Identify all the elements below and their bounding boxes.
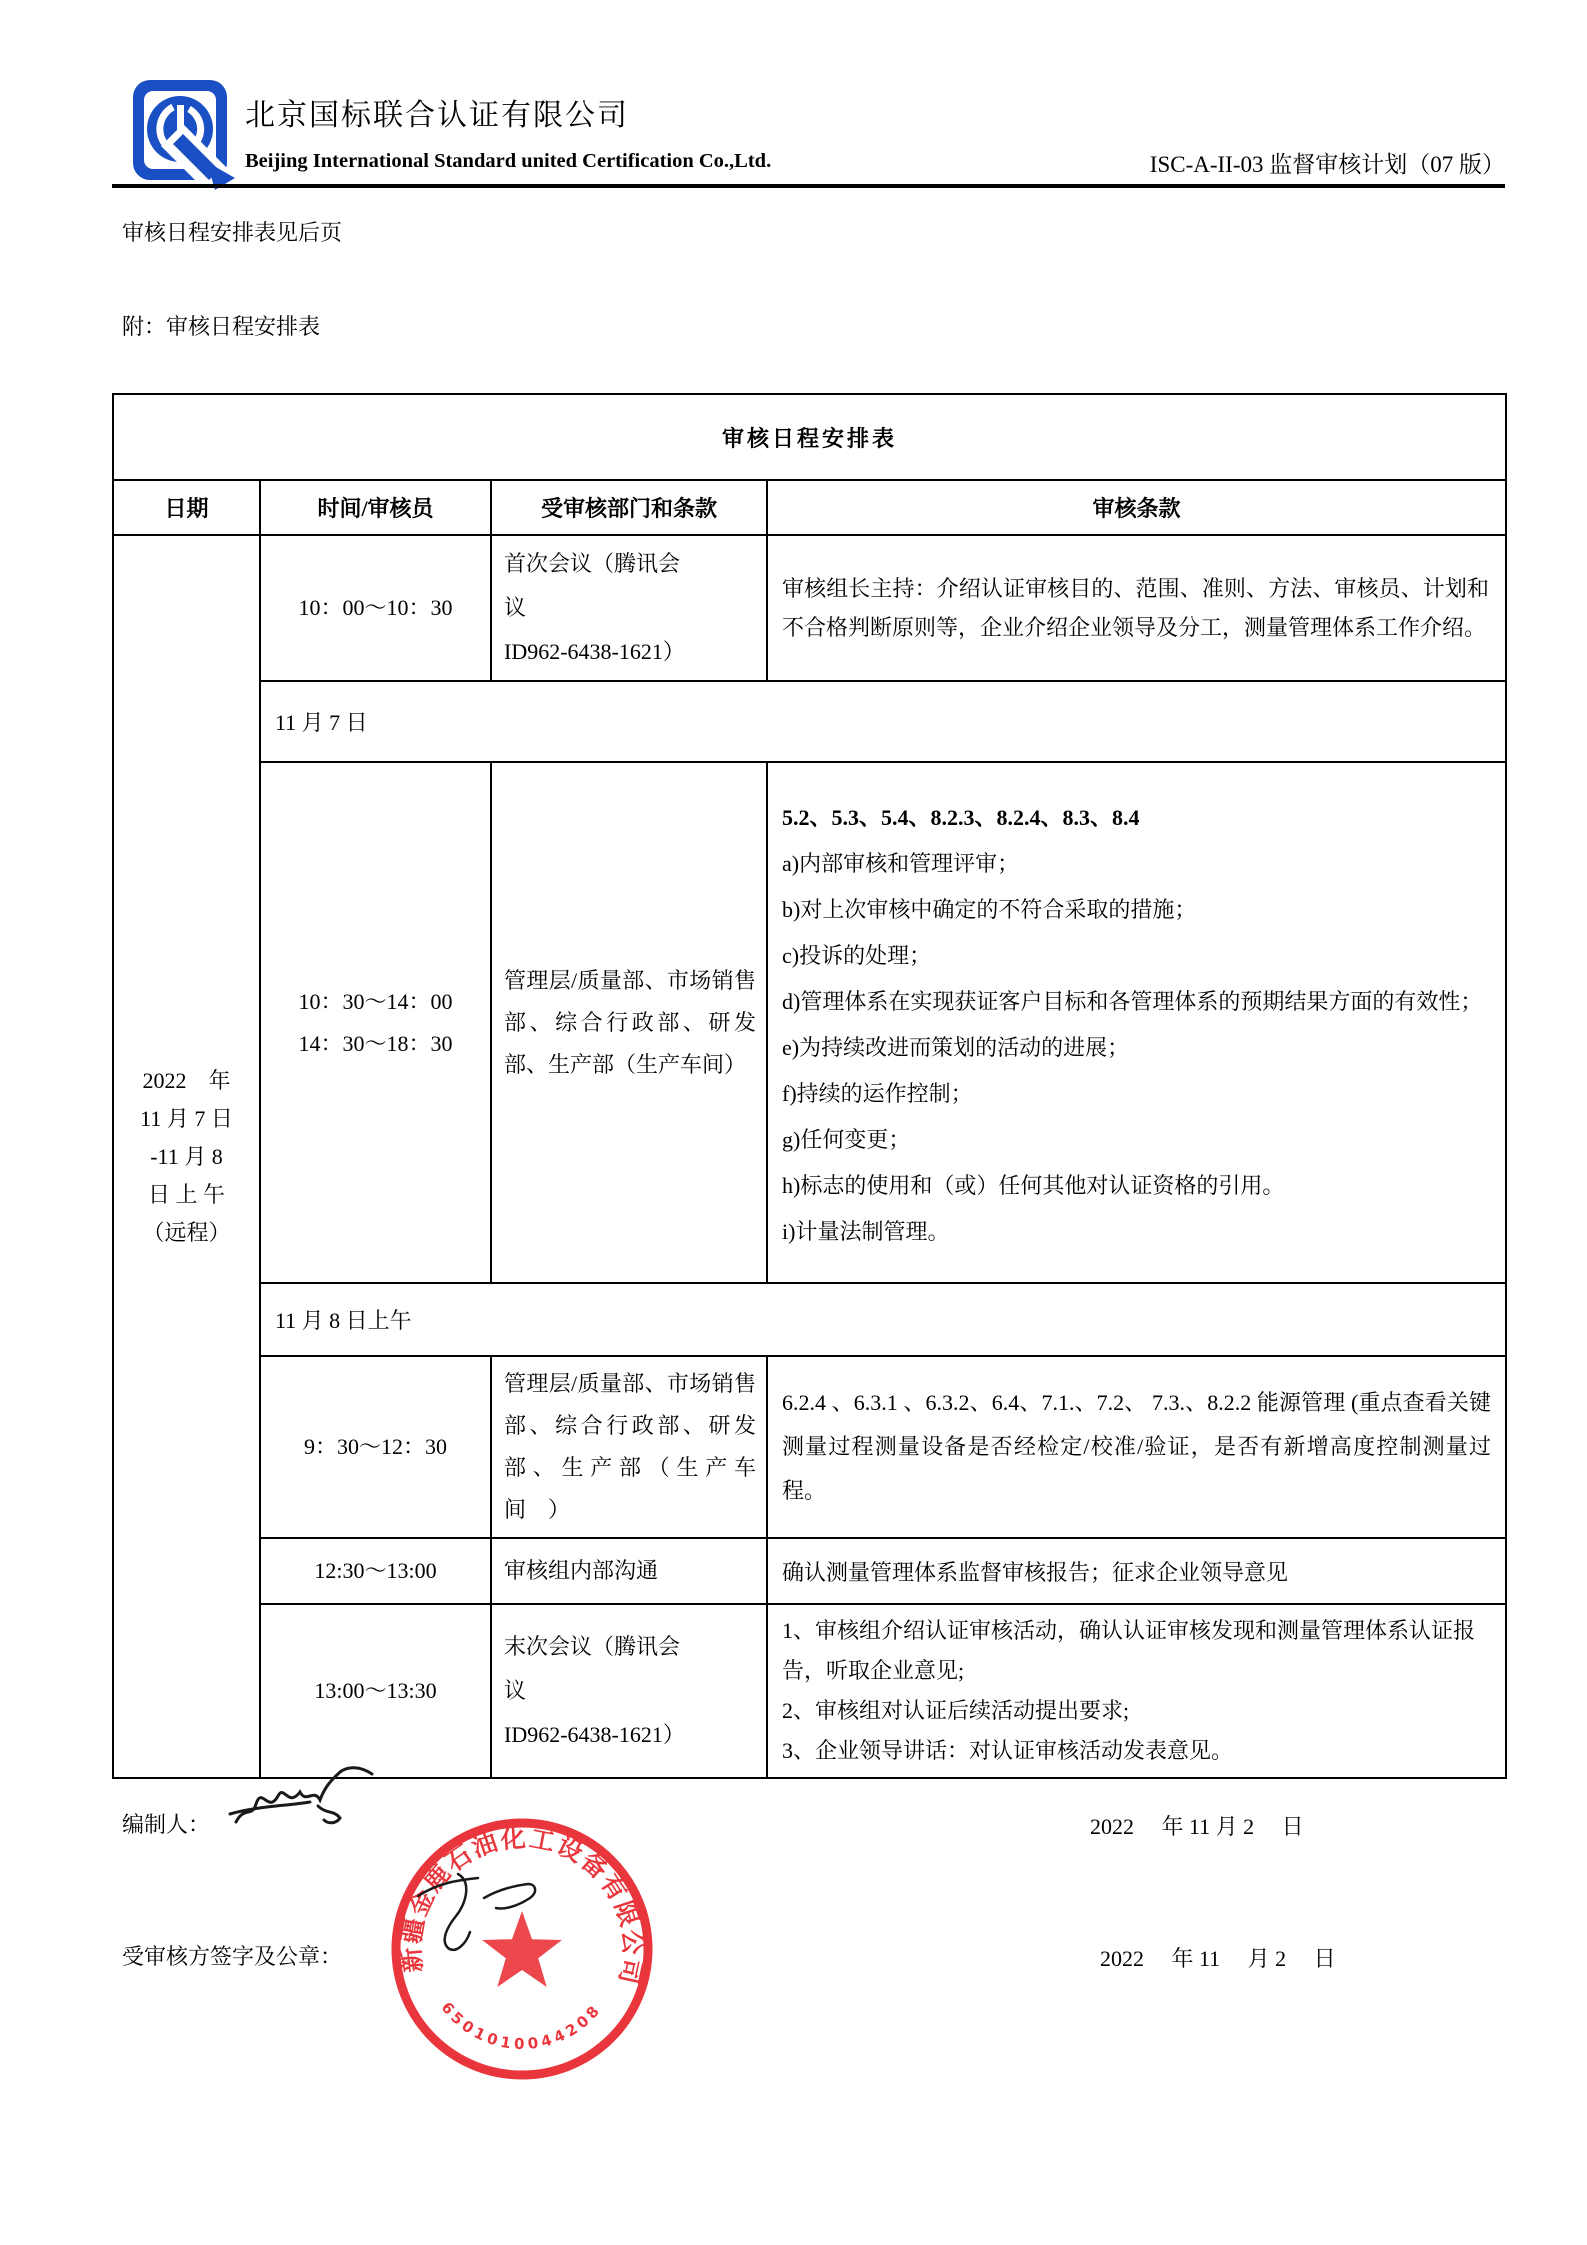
company-logo-icon [131, 78, 251, 196]
doc-code: ISC-A-II-03 监督审核计划（07 版） [1150, 146, 1505, 179]
document-page: 北京国标联合认证有限公司 Beijing International Stand… [0, 0, 1587, 2245]
svg-text:6501010044208: 6501010044208 [438, 1999, 606, 2054]
time-cell: 10：30～14：00 14：30～18：30 [260, 762, 491, 1283]
table-row: 12:30～13:00 审核组内部沟通 确认测量管理体系监督审核报告；征求企业领… [113, 1538, 1506, 1604]
col-header-date: 日期 [113, 480, 260, 535]
dept-cell: 审核组内部沟通 [491, 1538, 767, 1604]
time-cell: 10：00～10：30 [260, 535, 491, 681]
stamp-number-text: 6501010044208 [438, 1999, 606, 2054]
clause-cell: 5.2、5.3、5.4、8.2.3、8.2.4、8.3、8.4 a)内部审核和管… [767, 762, 1506, 1283]
table-title: 审核日程安排表 [113, 394, 1506, 480]
clause-cell: 审核组长主持：介绍认证审核目的、范围、准则、方法、审核员、计划和不合格判断原则等… [767, 535, 1506, 681]
note-line: 审核日程安排表见后页 [122, 216, 342, 247]
dept-cell: 末次会议（腾讯会 议 ID962-6438-1621） [491, 1604, 767, 1778]
clause-head: 5.2、5.3、5.4、8.2.3、8.2.4、8.3、8.4 [782, 795, 1483, 841]
signed-date: 2022 年 11 月 2 日 [1100, 1942, 1440, 1973]
table-row: 2022 年 11 月 7 日 -11 月 8 日 上 午 （远程） 10：00… [113, 535, 1506, 681]
time-cell: 12:30～13:00 [260, 1538, 491, 1604]
table-row: 11 月 7 日 [113, 681, 1506, 762]
time-cell: 9：30～12：30 [260, 1356, 491, 1538]
prepared-by-label: 编制人： [122, 1808, 210, 1839]
col-header-dept: 受审核部门和条款 [491, 480, 767, 535]
table-row: 9：30～12：30 管理层/质量部、市场销售部、综合行政部、研发部、生产部（生… [113, 1356, 1506, 1538]
dept-cell: 管理层/质量部、市场销售部、综合行政部、研发部、生产部（生产车间） [491, 762, 767, 1283]
company-name-en: Beijing International Standard united Ce… [245, 150, 771, 173]
table-row: 11 月 8 日上午 [113, 1283, 1506, 1356]
company-name-cn: 北京国标联合认证有限公司 [245, 90, 629, 134]
signed-label: 受审核方签字及公章： [122, 1940, 342, 1971]
clause-items: a)内部审核和管理评审； b)对上次审核中确定的不符合采取的措施； c)投诉的处… [782, 841, 1483, 1255]
col-header-clauses: 审核条款 [767, 480, 1506, 535]
col-header-time: 时间/审核员 [260, 480, 491, 535]
clause-cell: 6.2.4 、6.3.1 、6.3.2、6.4、7.1.、7.2、 7.3.、8… [767, 1356, 1506, 1538]
prepared-date: 2022 年 11 月 2 日 [1090, 1810, 1450, 1841]
day1-header-cell: 11 月 7 日 [260, 681, 1506, 762]
date-cell: 2022 年 11 月 7 日 -11 月 8 日 上 午 （远程） [113, 535, 260, 1778]
stamp-signature [400, 1852, 630, 1972]
schedule-table: 审核日程安排表 日期 时间/审核员 受审核部门和条款 审核条款 2022 年 1… [112, 393, 1507, 1779]
table-row: 10：30～14：00 14：30～18：30 管理层/质量部、市场销售部、综合… [113, 762, 1506, 1283]
clause-cell: 确认测量管理体系监督审核报告；征求企业领导意见 [767, 1538, 1506, 1604]
dept-cell: 首次会议（腾讯会 议 ID962-6438-1621） [491, 535, 767, 681]
dept-cell: 管理层/质量部、市场销售部、综合行政部、研发部、生产部（生产车间 ） [491, 1356, 767, 1538]
header-divider [112, 184, 1505, 188]
day2-header-cell: 11 月 8 日上午 [260, 1283, 1506, 1356]
clause-cell: 1、审核组介绍认证审核活动，确认认证审核发现和测量管理体系认证报告，听取企业意见… [767, 1604, 1506, 1778]
attachment-line: 附：审核日程安排表 [122, 310, 320, 341]
